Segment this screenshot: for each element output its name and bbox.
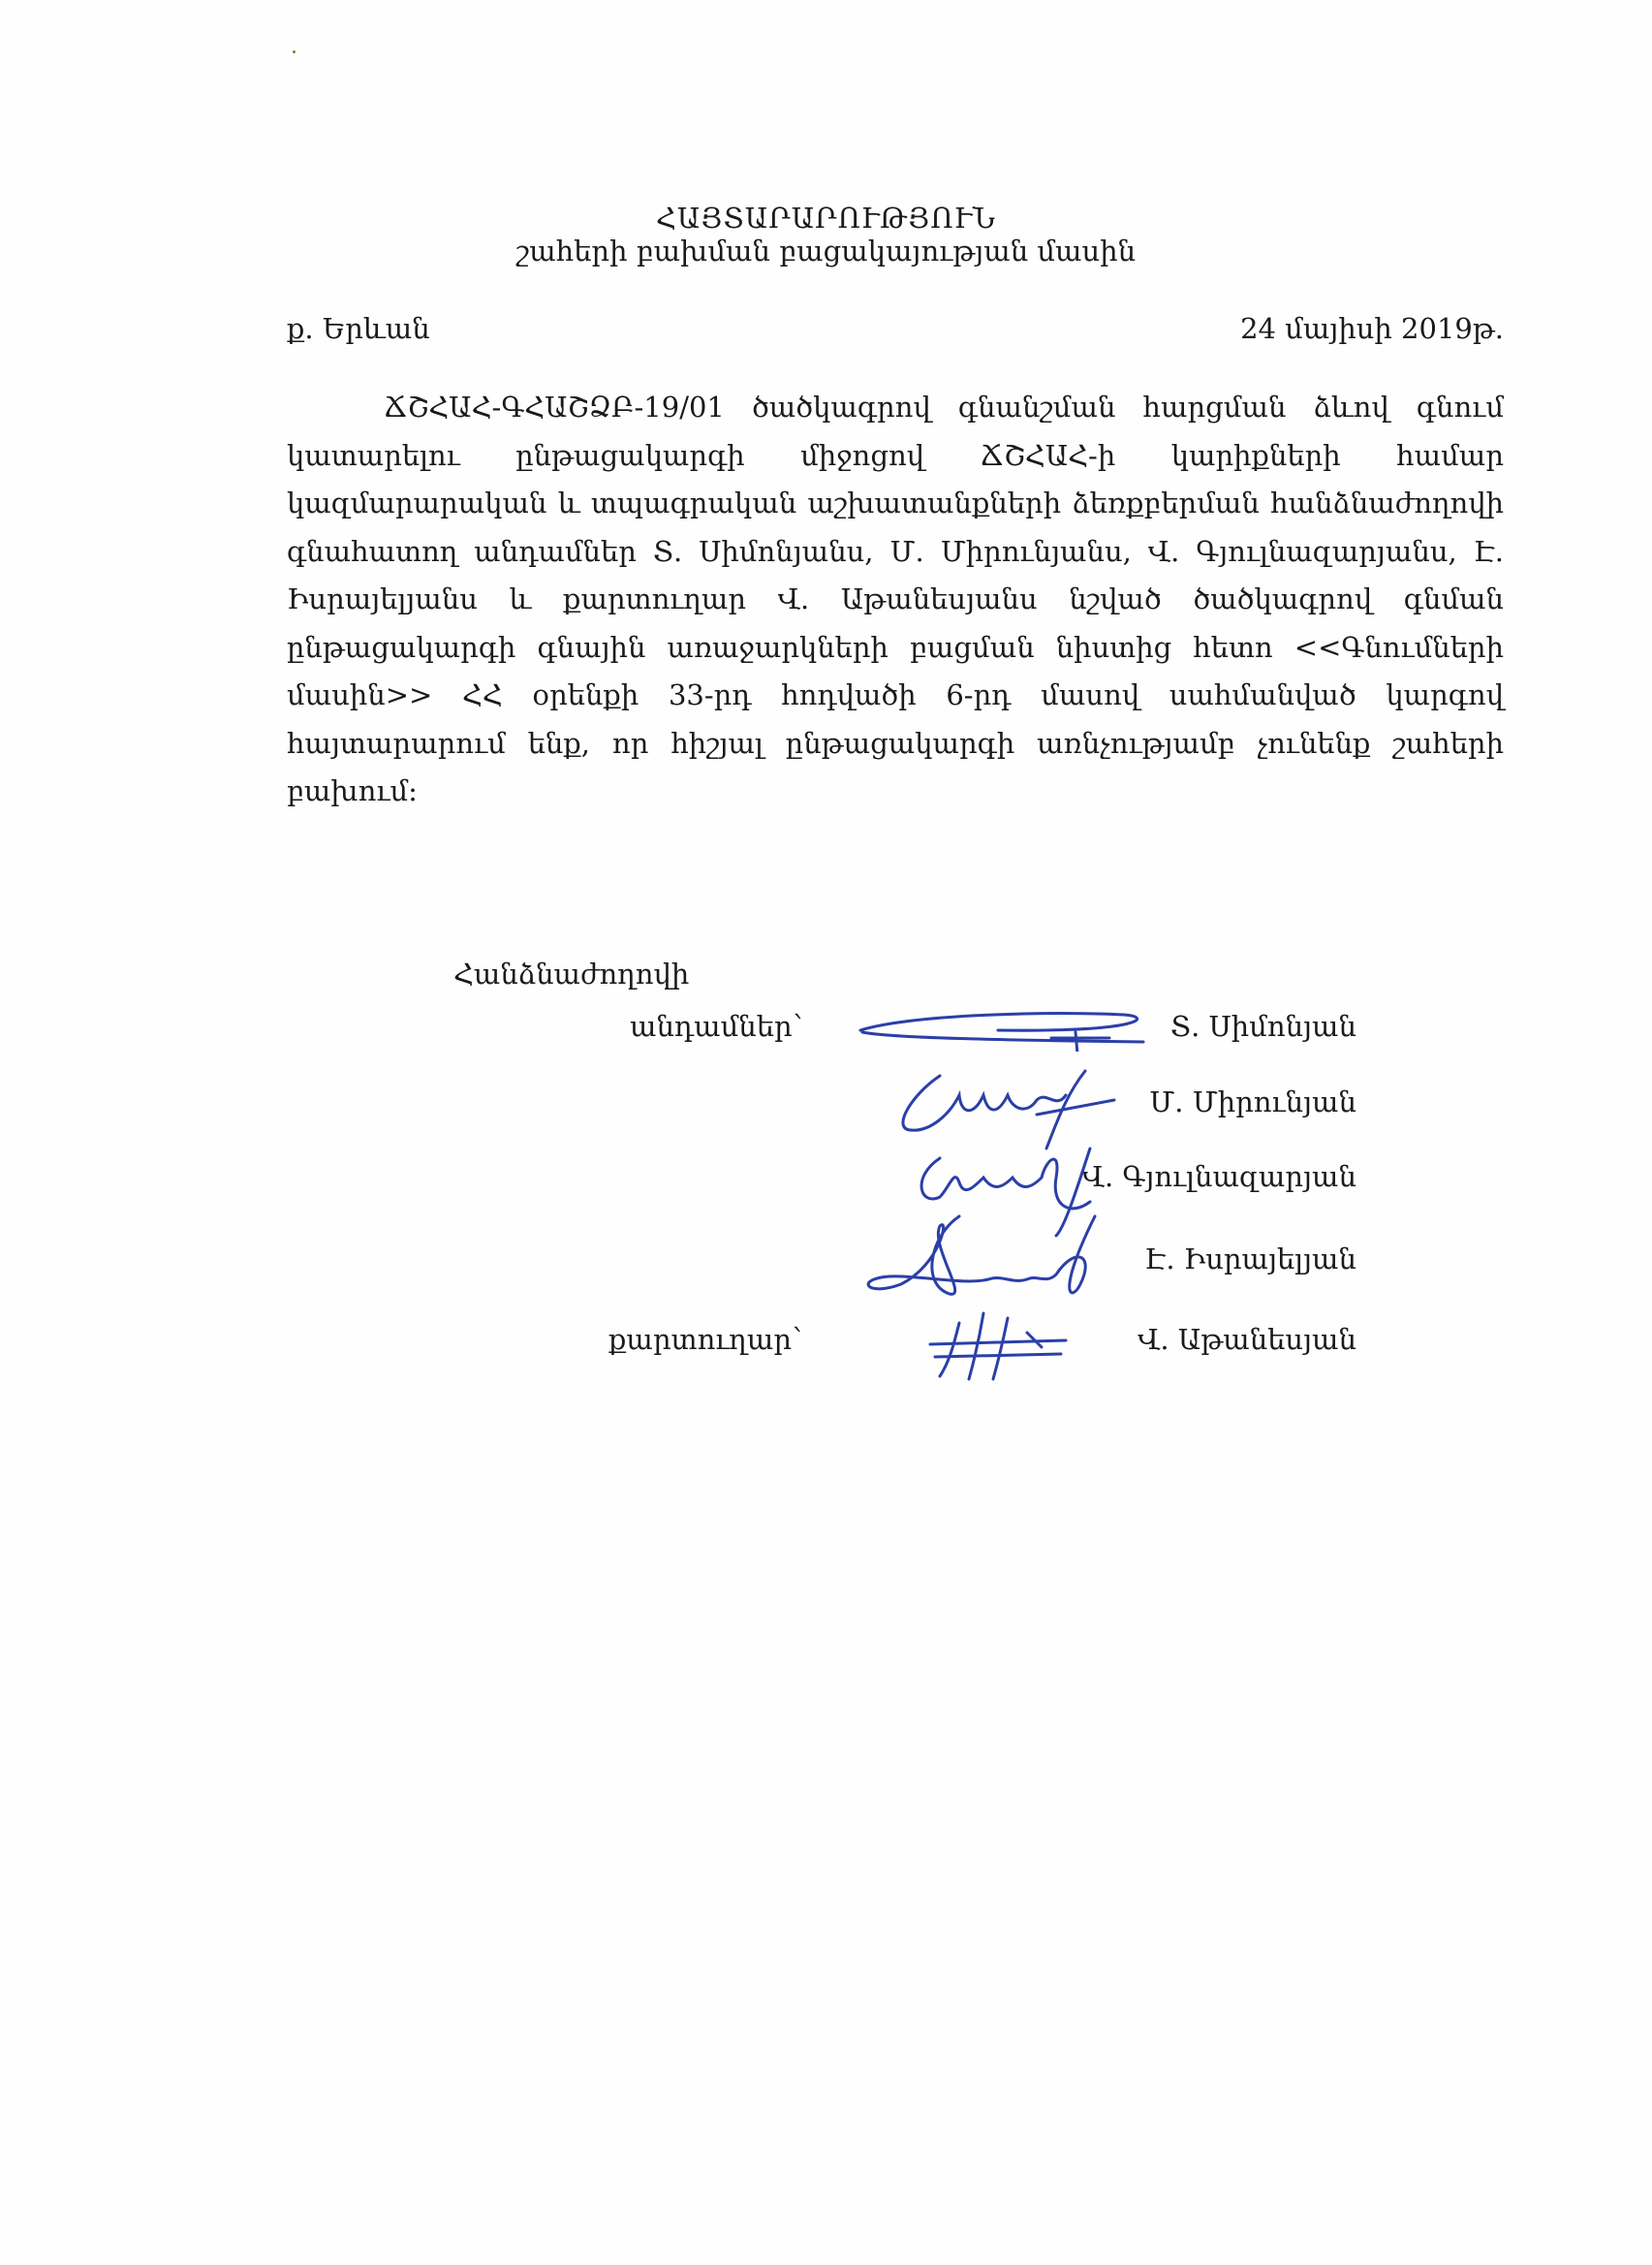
document-subtitle: շահերի բախման բացակայության մասին	[0, 235, 1652, 267]
member-name-1: Տ. Սիմոնյան	[1170, 1010, 1356, 1043]
member-name-4: Է. Իսրայելյան	[1144, 1243, 1356, 1275]
secretary-label: քարտուղար՝	[608, 1323, 802, 1356]
committee-label: Հանձնաժողովի	[453, 958, 689, 991]
body-paragraph: ՃՇՀԱՀ-ԳՀԱՇՁԲ-19/01 ծածկագրով գնանշման հա…	[287, 384, 1504, 816]
signature-5-icon	[920, 1304, 1085, 1381]
signature-1-icon	[853, 1003, 1182, 1052]
scan-speck	[293, 50, 296, 53]
signature-4-icon	[843, 1207, 1134, 1313]
document-date: 24 մայիսի 2019թ.	[1240, 312, 1504, 345]
document-title: ՀԱՅՏԱՐԱՐՈՒԹՅՈՒՆ	[0, 202, 1652, 235]
member-name-2: Մ. Միրունյան	[1149, 1085, 1356, 1118]
members-label: անդամներ՝	[630, 1010, 802, 1043]
secretary-name: Վ. Աթանեսյան	[1138, 1323, 1356, 1356]
document-city: ք. Երևան	[287, 312, 430, 345]
document-body: ՃՇՀԱՀ-ԳՀԱՇՁԲ-19/01 ծածկագրով գնանշման հա…	[287, 384, 1504, 816]
document-page: ՀԱՅՏԱՐԱՐՈՒԹՅՈՒՆ շահերի բախման բացակայութ…	[0, 0, 1652, 2265]
